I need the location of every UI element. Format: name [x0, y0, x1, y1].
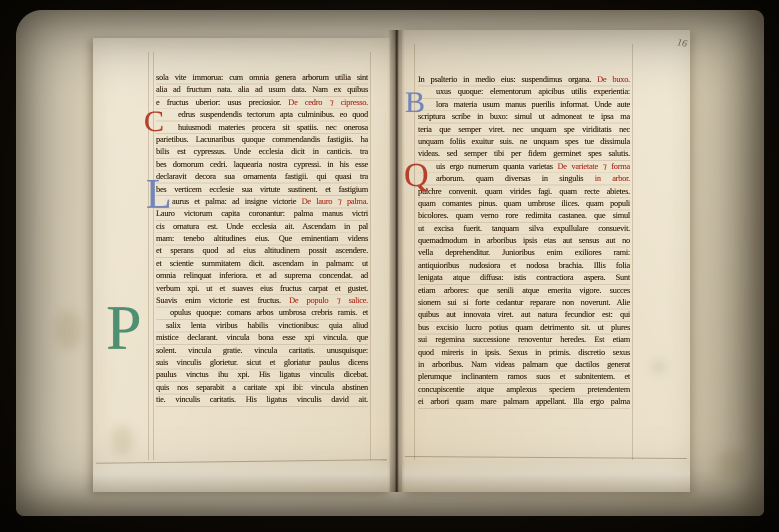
manuscript-line: bicolores. quam verno rore redimita cast… — [418, 210, 630, 222]
manuscript-line: concupiscentie atque amplexus speciem pr… — [418, 384, 630, 396]
illuminated-initial-p: P — [106, 296, 141, 360]
manuscript-line: mistice declarant. vincula bona esse xpi… — [156, 332, 368, 344]
manuscript-line: declaravit decora sua ornamenta fastigii… — [156, 171, 368, 183]
body-text: uis ergo numerum quanta varietas — [436, 162, 553, 171]
manuscript-line: edrus suspendendis tectorum apta culmini… — [156, 109, 368, 121]
manuscript-line: scriptura scribe in buxo: simul ut admon… — [418, 111, 630, 123]
margin-ruling-line — [370, 52, 371, 460]
body-text: huiusmodi materies procera sit spatiis. … — [178, 123, 368, 132]
stain-spot — [111, 426, 133, 456]
body-text: sola vite immorua: cum omnia genera arbo… — [156, 73, 368, 82]
manuscript-line: paulus vinctus ihu xpi. His ligatus vinc… — [156, 369, 368, 381]
manuscript-line: lenigata atque diffusa: istis contractio… — [418, 272, 630, 284]
body-text: mam: tenebo altitudines eius. Que eminen… — [156, 234, 368, 243]
body-text: ei arbori quam mare palmam appellant. Il… — [418, 397, 630, 406]
manuscript-line: tie. vinculis caritatis. His ligatus vin… — [156, 394, 368, 406]
manuscript-line: antiquioribus nudosiora et nodosa brachi… — [418, 260, 630, 272]
rubric-text: De cedro ⁊ cipresso. — [288, 98, 368, 107]
body-text: scriptura scribe in buxo: simul ut admon… — [418, 112, 630, 121]
body-text: bes verticem ecclesie sua virtute sustin… — [156, 185, 368, 194]
body-text: ut excisa fuerit. tanquam silva expullul… — [418, 224, 630, 233]
body-text: bes domorum cedri. laquearia nostra cypr… — [156, 160, 368, 169]
manuscript-line: quis nos separabit a caritate xpi ibi: v… — [156, 382, 368, 394]
rubric-text: in arbor. — [595, 174, 630, 183]
body-text: et sperans quod ad eius altitudinem poss… — [156, 246, 368, 255]
manuscript-line: Suavis enim victorie est fructus. De pop… — [156, 295, 368, 307]
manuscript-line: ut excisa fuerit. tanquam silva expullul… — [418, 223, 630, 235]
manuscript-line: ei arbori quam mare palmam appellant. Il… — [418, 396, 630, 408]
manuscript-line: in arboribus. Nam videas palmam que dact… — [418, 359, 630, 371]
manuscript-line: huiusmodi materies procera sit spatiis. … — [156, 122, 368, 134]
manuscript-line: uis ergo numerum quanta varietas De vari… — [418, 161, 630, 173]
body-text: alia ad fructum nata. alia ad usum data.… — [156, 85, 368, 94]
body-text: declaravit decora sua ornamenta fastigii… — [156, 172, 368, 181]
body-text: vella deprehenditur. Junioribus enim exi… — [418, 248, 630, 257]
manuscript-line: uxus quoque: elementorum apicibus utilis… — [418, 86, 630, 98]
bottom-crease — [96, 459, 387, 464]
body-text: Suavis enim victorie est fructus. — [156, 296, 281, 305]
manuscript-line: quibus aut innovata viret. aut natura fe… — [418, 309, 630, 321]
body-text: uxus quoque: elementorum apicibus utilis… — [436, 87, 630, 96]
manuscript-line: plerumque inclinantem ramos suos et subn… — [418, 371, 630, 383]
manuscript-line: bes verticem ecclesie sua virtute sustin… — [156, 184, 368, 196]
body-text: teria que semper viret. nec unquam spe v… — [418, 125, 630, 134]
body-text: parietibus. Lacunaribus quoque commendan… — [156, 135, 368, 144]
manuscript-line: alia ad fructum nata. alia ad usum data.… — [156, 84, 368, 96]
body-text: quibus aut innovata viret. aut natura fe… — [418, 310, 630, 319]
body-text: plerumque inclinantem ramos suos et subn… — [418, 372, 630, 381]
body-text: tie. vinculis caritatis. His ligatus vin… — [156, 395, 368, 404]
body-text: bicolores. quam verno rore redimita cast… — [418, 211, 630, 220]
body-text: paulus vinctus ihu xpi. His ligatus vinc… — [156, 370, 368, 379]
body-text: sui regemina successione renoventur here… — [418, 335, 630, 344]
manuscript-line: e fructus uberior: usus preciosior. De c… — [156, 97, 368, 109]
rubric-text: De buxo. — [597, 75, 630, 84]
manuscript-line: solent. vincula gratie. vincula caritati… — [156, 345, 368, 357]
manuscript-line: Lauro victorum capita coronantur: palma … — [156, 208, 368, 220]
manuscript-line: lora materia usum manus puerilis informa… — [418, 99, 630, 111]
body-text: bilis est cypressus. Unde ecclesia dicit… — [156, 147, 368, 156]
stain-spot — [56, 310, 82, 350]
manuscript-line: bes domorum cedri. laquearia nostra cypr… — [156, 159, 368, 171]
manuscript-line: quemadmodum in arboribus ipsis etas aut … — [418, 235, 630, 247]
body-text: omnia relinquat inferiora. et ad suprema… — [156, 271, 368, 280]
manuscript-line: teria que semper viret. nec unquam spe v… — [418, 124, 630, 136]
bottom-crease — [405, 456, 687, 459]
manuscript-line: cis ornatura est. Unde ecclesia ait. Asc… — [156, 221, 368, 233]
manuscript-line: omnia relinquat inferiora. et ad suprema… — [156, 270, 368, 282]
body-text: mistice declarant. vincula bona esse xpi… — [156, 333, 368, 342]
manuscript-line: bilis est cypressus. Unde ecclesia dicit… — [156, 146, 368, 158]
body-text: verbum xpi. ut et suaves eius fructus ca… — [156, 284, 368, 293]
body-text: videas. sed semper tibi per fidem germin… — [418, 149, 630, 158]
manuscript-line: vella deprehenditur. Junioribus enim exi… — [418, 247, 630, 259]
manuscript-line: bus excisio lucro potius quam detrimento… — [418, 322, 630, 334]
illuminated-initial-c: C — [144, 107, 164, 137]
body-text: et scientie summitatem dicit. ascendam i… — [156, 259, 368, 268]
manuscript-line: parietibus. Lacunaribus quoque commendan… — [156, 134, 368, 146]
body-text: cis ornatura est. Unde ecclesia ait. Asc… — [156, 222, 368, 231]
body-text: unquam foliis exuitur suis. ne unquam sp… — [418, 137, 630, 146]
manuscript-line: In psalterio in medio eius: suspendimus … — [418, 74, 630, 86]
illuminated-initial-l: L — [146, 174, 171, 216]
body-text: bus excisio lucro potius quam detrimento… — [418, 323, 630, 332]
illuminated-initial-b: B — [405, 88, 425, 118]
manuscript-line: videas. sed semper tibi per fidem germin… — [418, 148, 630, 160]
manuscript-line: salix lenta viribus habilis vinctionibus… — [156, 320, 368, 332]
left-text-block: sola vite immorua: cum omnia genera arbo… — [156, 72, 368, 407]
manuscript-line: et scientie summitatem dicit. ascendam i… — [156, 258, 368, 270]
body-text: salix lenta viribus habilis vinctionibus… — [166, 321, 368, 330]
manuscript-line: opulus quoque: comans arbos umbrosa creb… — [156, 307, 368, 319]
manuscript-line: aurus et palma: ad insigne victorie De l… — [156, 196, 368, 208]
manuscript-line: quam comantes pinus. quam umbrose ilices… — [418, 198, 630, 210]
manuscript-line: mam: tenebo altitudines eius. Que eminen… — [156, 233, 368, 245]
body-text: pulchre convenit. quam virides fagi. qua… — [418, 187, 630, 196]
manuscript-photo: sola vite immorua: cum omnia genera arbo… — [0, 0, 779, 532]
manuscript-line: et sperans quod ad eius altitudinem poss… — [156, 245, 368, 257]
body-text: quemadmodum in arboribus ipsis etas aut … — [418, 236, 630, 245]
body-text: sionem sui si forte cedantur reparare no… — [418, 298, 630, 307]
manuscript-line: verbum xpi. ut et suaves eius fructus ca… — [156, 283, 368, 295]
margin-ruling-line — [632, 44, 633, 460]
manuscript-line: quod mireris in ipsis. Sexus in primis. … — [418, 347, 630, 359]
manuscript-line: pulchre convenit. quam virides fagi. qua… — [418, 186, 630, 198]
body-text: opulus quoque: comans arbos umbrosa creb… — [170, 308, 368, 317]
manuscript-line: arborum. quam diversas in singulis in ar… — [418, 173, 630, 185]
body-text: quis nos separabit a caritate xpi ibi: v… — [156, 383, 368, 392]
folio-number: 16 — [676, 37, 688, 50]
body-text: antiquioribus nudosiora et nodosa brachi… — [418, 261, 630, 270]
stain-spot — [652, 360, 666, 374]
stain-spot — [716, 450, 746, 476]
right-page: 16 In psalterio in medio eius: suspendim… — [402, 30, 690, 492]
manuscript-line: etiam arbores: que senili atque emerita … — [418, 285, 630, 297]
body-text: suis vinculis glorietur. sicut et gloria… — [156, 358, 368, 367]
body-text: lora materia usum manus puerilis informa… — [436, 100, 630, 109]
body-text: in arboribus. Nam videas palmam que dact… — [418, 360, 630, 369]
body-text: arborum. quam diversas in singulis — [436, 174, 583, 183]
rubric-text: De lauro ⁊ palma. — [302, 197, 368, 206]
manuscript-line: sola vite immorua: cum omnia genera arbo… — [156, 72, 368, 84]
body-text: e fructus uberior: usus preciosior. — [156, 98, 281, 107]
rubric-text: De varietate ⁊ forma — [557, 162, 630, 171]
illuminated-initial-q: Q — [404, 159, 428, 193]
body-text: edrus suspendendis tectorum apta culmini… — [178, 110, 368, 119]
right-text-block: In psalterio in medio eius: suspendimus … — [418, 74, 630, 409]
manuscript-line: sionem sui si forte cedantur reparare no… — [418, 297, 630, 309]
body-text: etiam arbores: que senili atque emerita … — [418, 286, 630, 295]
body-text: Lauro victorum capita coronantur: palma … — [156, 209, 368, 218]
manuscript-line: sui regemina successione renoventur here… — [418, 334, 630, 346]
body-text: concupiscentie atque amplexus speciem pr… — [418, 385, 630, 394]
body-text: In psalterio in medio eius: suspendimus … — [418, 75, 591, 84]
book-gutter-shadow — [388, 30, 405, 492]
body-text: aurus et palma: ad insigne victorie — [172, 197, 296, 206]
rubric-text: De populo ⁊ salice. — [289, 296, 368, 305]
body-text: solent. vincula gratie. vincula caritati… — [156, 346, 368, 355]
body-text: quam comantes pinus. quam umbrose ilices… — [418, 199, 630, 208]
body-text: lenigata atque diffusa: istis contractio… — [418, 273, 630, 282]
left-page: sola vite immorua: cum omnia genera arbo… — [93, 38, 390, 492]
manuscript-line: suis vinculis glorietur. sicut et gloria… — [156, 357, 368, 369]
manuscript-line: unquam foliis exuitur suis. ne unquam sp… — [418, 136, 630, 148]
body-text: quod mireris in ipsis. Sexus in primis. … — [418, 348, 630, 357]
